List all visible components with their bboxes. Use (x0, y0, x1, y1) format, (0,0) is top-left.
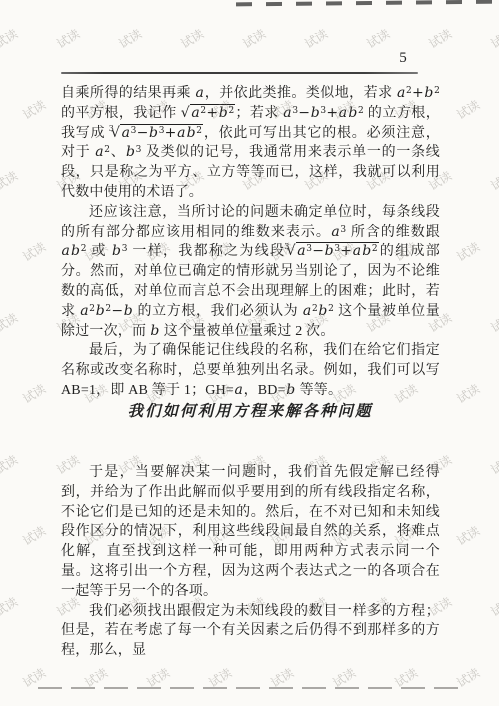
formula: a3−b3+ab2 (283, 105, 364, 121)
bottom-edge-dashes (38, 687, 462, 689)
scanned-book-page: 5 自乘所得的结果再乘 a，并依此类推。类似地，若求 a2+b2 的平方根，我记… (0, 0, 499, 706)
watermark-text: 试读 (487, 593, 499, 620)
watermark-text: 试读 (115, 25, 144, 52)
watermark-text: 试读 (363, 25, 392, 52)
page-number: 5 (391, 50, 415, 67)
watermark-text: 试读 (487, 309, 499, 336)
formula: 3√a3−b3+ab2 (285, 243, 379, 259)
watermark-text: 试读 (301, 25, 330, 52)
formula: b3 (112, 243, 128, 259)
watermark-text: 试读 (177, 25, 206, 52)
watermark-text: 试读 (239, 25, 268, 52)
watermark-text: 试读 (0, 593, 21, 620)
paragraph: 自乘所得的结果再乘 a，并依此类推。类似地，若求 a2+b2 的平方根，我记作 … (61, 84, 440, 203)
watermark-text: 试读 (487, 451, 499, 478)
paragraph: 还应该注意，当所讨论的问题未确定单位时，每条线段的所有部分都应该用相同的维数来表… (61, 203, 440, 342)
formula: b (150, 323, 160, 339)
paragraph: 我们必须找出跟假定为未知线段的数目一样多的方程；但是，若在考虑了每一个有关因素之… (61, 602, 440, 661)
watermark-text: 试读 (453, 380, 482, 407)
formula: 3√a3−b3+ab2 (110, 125, 204, 141)
formula: √a2+b2 (181, 104, 236, 121)
formula: b (286, 382, 296, 398)
watermark-text: 试读 (487, 25, 499, 52)
watermark-text: 试读 (425, 25, 454, 52)
watermark-text: 试读 (19, 380, 48, 407)
watermark-text: 试读 (0, 451, 21, 478)
watermark-text: 试读 (19, 96, 48, 123)
top-edge-dashes (236, 0, 499, 6)
formula: a2b2−b (80, 303, 134, 319)
body-text-top: 自乘所得的结果再乘 a，并依此类推。类似地，若求 a2+b2 的平方根，我记作 … (61, 84, 440, 401)
formula: a2b2 (302, 303, 334, 319)
watermark-text: 试读 (0, 167, 21, 194)
paragraph: 于是，当要解决某一问题时，我们首先假定解已经得到，并给为了作出此解而似乎要用到的… (61, 463, 440, 602)
formula: a2+b2 (396, 85, 440, 101)
watermark-text: 试读 (0, 309, 21, 336)
watermark-text: 试读 (453, 522, 482, 549)
watermark-text: 试读 (453, 238, 482, 265)
watermark-text: 试读 (453, 96, 482, 123)
watermark-text: 试读 (19, 522, 48, 549)
formula: b3 (125, 144, 141, 160)
watermark-text: 试读 (53, 25, 82, 52)
body-text-bottom: 于是，当要解决某一问题时，我们首先假定解已经得到，并给为了作出此解而似乎要用到的… (61, 463, 440, 661)
formula: a3 (331, 224, 346, 240)
formula: a2 (95, 144, 110, 160)
formula: a (195, 85, 205, 101)
section-heading: 我们如何利用方程来解各种问题 (60, 399, 440, 421)
watermark-text: 试读 (0, 25, 21, 52)
paragraph: 最后，为了确保能记住线段的名称，我们在给它们指定名称或改变名称时，总要单独列出名… (61, 341, 440, 400)
header-rule (61, 72, 418, 74)
formula: a (234, 382, 244, 398)
formula: ab2 (61, 243, 87, 259)
watermark-text: 试读 (487, 167, 499, 194)
watermark-text: 试读 (19, 238, 48, 265)
